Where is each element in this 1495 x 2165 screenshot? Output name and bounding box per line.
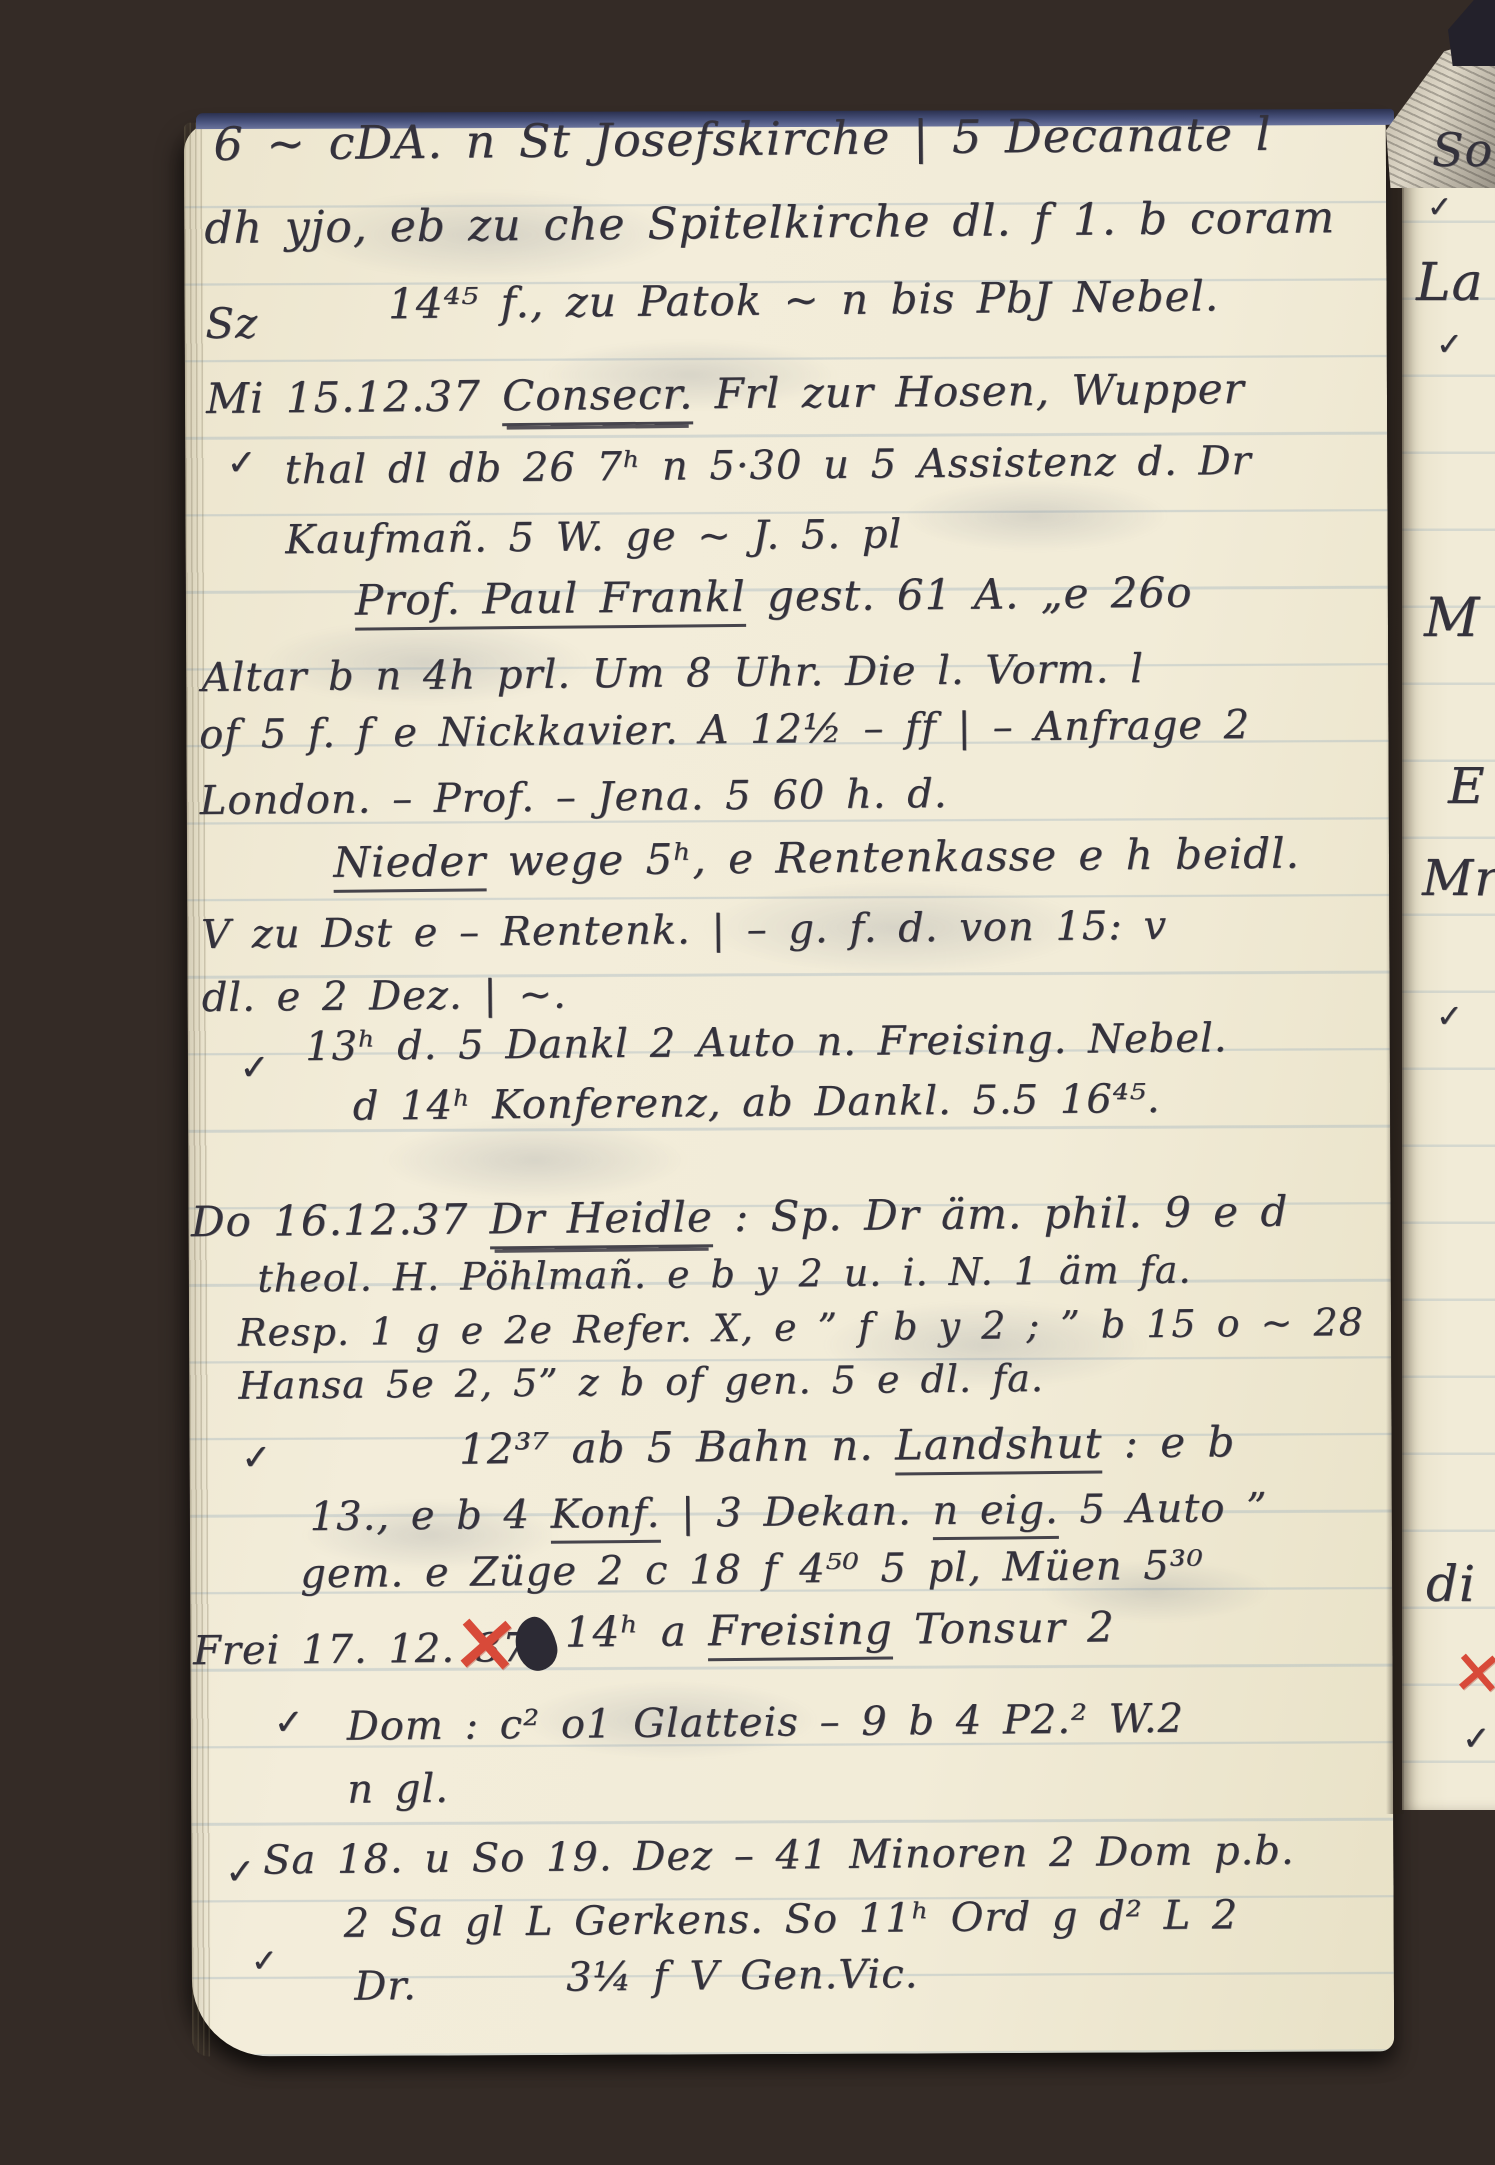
page-crease	[1386, 124, 1404, 1814]
left-page	[184, 117, 1394, 2056]
bleed-through-ghost	[300, 1500, 560, 1570]
bleed-through-ghost	[300, 190, 680, 280]
corner-cover-dark	[1448, 0, 1495, 66]
bleed-through-ghost	[1040, 1560, 1270, 1622]
bleed-through-ghost	[380, 1120, 690, 1200]
bleed-through-ghost	[540, 340, 840, 410]
photo-background: { "colors": { "background": "#342b26", "…	[0, 0, 1495, 2165]
bleed-through-ghost	[820, 1300, 1150, 1390]
bleed-through-ghost	[700, 880, 1090, 975]
right-page	[1402, 134, 1495, 1810]
bleed-through-ghost	[520, 1680, 820, 1760]
bleed-through-ghost	[260, 620, 590, 705]
bleed-through-ghost	[900, 480, 1170, 552]
